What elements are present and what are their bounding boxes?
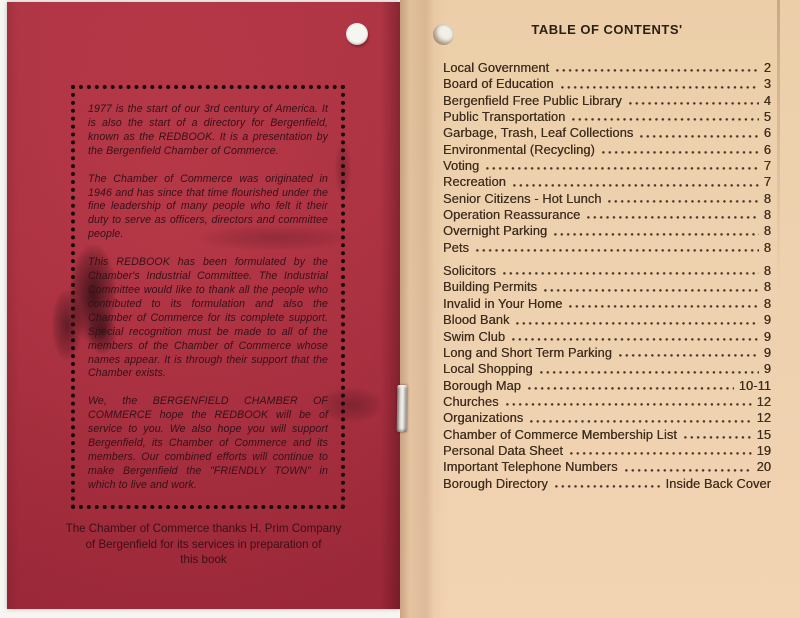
toc-entry-label: Organizations: [443, 410, 523, 425]
toc-entry-row: Invalid in Your Home 8: [443, 296, 771, 312]
toc-entry-row: Churches 12: [443, 394, 771, 410]
toc-entry-label: Personal Data Sheet: [443, 443, 563, 458]
acknowledgement-line: of Bergenfield for its services in prepa…: [7, 537, 400, 553]
toc-entry-label: Voting: [443, 158, 479, 173]
toc-leader-dots: [540, 361, 759, 377]
toc-entry-page: 20: [757, 459, 771, 474]
toc-leader-dots: [629, 93, 759, 109]
toc-entry-page: 6: [764, 125, 771, 140]
toc-entry-label: Borough Directory: [443, 476, 548, 491]
introduction-stamp-box: 1977 is the start of our 3rd century of …: [71, 85, 345, 509]
toc-leader-dots: [608, 191, 758, 207]
toc-entry-label: Churches: [443, 394, 499, 409]
toc-leader-dots: [554, 223, 759, 239]
toc-entry-page: 9: [764, 329, 771, 344]
toc-entry-page: 7: [764, 174, 771, 189]
gutter-shadow: [400, 0, 448, 618]
toc-entry-row: Local Government 2: [443, 60, 771, 76]
toc-entry-page: 8: [764, 191, 771, 206]
toc-entry-label: Garbage, Trash, Leaf Collections: [443, 125, 633, 140]
toc-entry-row: Chamber of Commerce Membership List 15: [443, 427, 771, 443]
toc-entry-row: Bergenfield Free Public Library 4: [443, 93, 771, 109]
toc-entry-row: Voting 7: [443, 158, 771, 174]
toc-entry-label: Local Government: [443, 60, 549, 75]
toc-entry-label: Overnight Parking: [443, 223, 547, 238]
toc-leader-dots: [619, 345, 759, 361]
toc-entry-label: Local Shopping: [443, 361, 533, 376]
toc-entry-row: Environmental (Recycling) 6: [443, 142, 771, 158]
toc-entry-page: 8: [764, 263, 771, 278]
toc-entry-row: Important Telephone Numbers 20: [443, 459, 771, 475]
toc-entry-page: 12: [757, 394, 771, 409]
toc-entry-row: Swim Club 9: [443, 329, 771, 345]
right-page-table-of-contents: TABLE OF CONTENTS' Local Government 2 Bo…: [400, 0, 800, 618]
toc-leader-dots: [640, 125, 759, 141]
acknowledgement-line: The Chamber of Commerce thanks H. Prim C…: [7, 521, 400, 537]
toc-leader-dots: [528, 378, 734, 394]
toc-leader-dots: [503, 263, 759, 279]
toc-entry-row: Solicitors 8: [443, 263, 771, 279]
left-page-red-cover: 1977 is the start of our 3rd century of …: [7, 2, 400, 609]
toc-entry-label: Board of Education: [443, 76, 554, 91]
page-edge-shadow: [777, 0, 780, 297]
toc-entry-page: 15: [757, 427, 771, 442]
toc-entry-label: Important Telephone Numbers: [443, 459, 618, 474]
toc-leader-dots: [486, 158, 759, 174]
toc-title: TABLE OF CONTENTS': [443, 22, 771, 37]
toc-entry-row: Recreation 7: [443, 174, 771, 190]
toc-entry-label: Recreation: [443, 174, 506, 189]
toc-entry-label: Long and Short Term Parking: [443, 345, 612, 360]
toc-leader-dots: [602, 142, 759, 158]
toc-entry-label: Invalid in Your Home: [443, 296, 562, 311]
toc-entry-row: Garbage, Trash, Leaf Collections 6: [443, 125, 771, 141]
toc-leader-dots: [556, 60, 759, 76]
toc-leader-dots: [530, 410, 751, 426]
toc-entry-label: Pets: [443, 240, 469, 255]
toc-entry-row: Personal Data Sheet 19: [443, 443, 771, 459]
toc-leader-dots: [572, 109, 758, 125]
toc-entry-label: Building Permits: [443, 279, 537, 294]
toc-leader-dots: [625, 459, 752, 475]
toc-entry-row: Pets 8: [443, 240, 771, 256]
toc-leader-dots: [506, 394, 752, 410]
toc-entry-row: Long and Short Term Parking 9: [443, 345, 771, 361]
toc-leader-dots: [513, 174, 759, 190]
toc-entry-label: Environmental (Recycling): [443, 142, 595, 157]
toc-entry-row: Operation Reassurance 8: [443, 207, 771, 223]
toc-entry-row: Local Shopping 9: [443, 361, 771, 377]
toc-entry-label: Chamber of Commerce Membership List: [443, 427, 677, 442]
scanned-book-spread: { "left_page": { "intro_paragraphs": [ "…: [0, 0, 800, 618]
toc-entry-page: 3: [764, 76, 771, 91]
intro-paragraph: 1977 is the start of our 3rd century of …: [88, 103, 328, 159]
toc-entry-page: 6: [764, 142, 771, 157]
intro-paragraph: We, the BERGENFIELD CHAMBER OF COMMERCE …: [88, 395, 328, 492]
toc-entry-page: 12: [757, 410, 771, 425]
toc-leader-dots: [544, 279, 759, 295]
toc-entry-row: Borough Map 10-11: [443, 378, 771, 394]
toc-leader-dots: [561, 76, 759, 92]
toc-entry-page: 2: [764, 60, 771, 75]
toc-entry-label: Senior Citizens - Hot Lunch: [443, 191, 601, 206]
toc-entry-label: Public Transportation: [443, 109, 565, 124]
toc-leader-dots: [516, 312, 758, 328]
toc-leader-dots: [476, 240, 759, 256]
toc-leader-dots: [569, 296, 758, 312]
toc-entry-page: 8: [764, 207, 771, 222]
toc-entry-page: 8: [764, 240, 771, 255]
toc-entry-page: 7: [764, 158, 771, 173]
intro-paragraph: This REDBOOK has been formulated by the …: [88, 256, 328, 381]
toc-entry-label: Bergenfield Free Public Library: [443, 93, 622, 108]
toc-entry-row: Organizations 12: [443, 410, 771, 426]
toc-entry-label: Solicitors: [443, 263, 496, 278]
toc-entry-page: 19: [757, 443, 771, 458]
toc-leader-dots: [555, 476, 661, 492]
toc-entry-label: Borough Map: [443, 378, 521, 393]
toc-entry-page: 10-11: [739, 378, 771, 393]
toc-entry-row: Borough Directory Inside Back Cover: [443, 476, 771, 492]
toc-entry-row: Public Transportation 5: [443, 109, 771, 125]
toc-entry-page: 8: [764, 223, 771, 238]
toc-entry-page: Inside Back Cover: [665, 476, 771, 491]
toc-entry-page: 9: [764, 345, 771, 360]
hole-punch-left: [346, 23, 368, 45]
acknowledgement-line: this book: [7, 552, 400, 568]
toc-entry-label: Swim Club: [443, 329, 505, 344]
toc-entry-page: 8: [764, 279, 771, 294]
toc-section: TABLE OF CONTENTS' Local Government 2 Bo…: [443, 22, 771, 492]
toc-entry-page: 5: [764, 109, 771, 124]
toc-entry-label: Blood Bank: [443, 312, 509, 327]
toc-entry-page: 9: [764, 312, 771, 327]
staple: [397, 385, 408, 432]
toc-entry-label: Operation Reassurance: [443, 207, 580, 222]
toc-entry-row: Overnight Parking 8: [443, 223, 771, 239]
toc-entry-row: Senior Citizens - Hot Lunch 8: [443, 191, 771, 207]
toc-leader-dots: [512, 329, 759, 345]
toc-leader-dots: [587, 207, 759, 223]
toc-leader-dots: [570, 443, 752, 459]
toc-list: Local Government 2 Board of Education 3 …: [443, 60, 771, 492]
toc-entry-page: 8: [764, 296, 771, 311]
toc-leader-dots: [684, 427, 752, 443]
toc-entry-row: Blood Bank 9: [443, 312, 771, 328]
acknowledgement-text: The Chamber of Commerce thanks H. Prim C…: [7, 521, 400, 568]
toc-entry-row: Board of Education 3: [443, 76, 771, 92]
intro-paragraph: The Chamber of Commerce was originated i…: [88, 173, 328, 243]
toc-entry-page: 9: [764, 361, 771, 376]
toc-entry-row: Building Permits 8: [443, 279, 771, 295]
toc-entry-page: 4: [764, 93, 771, 108]
